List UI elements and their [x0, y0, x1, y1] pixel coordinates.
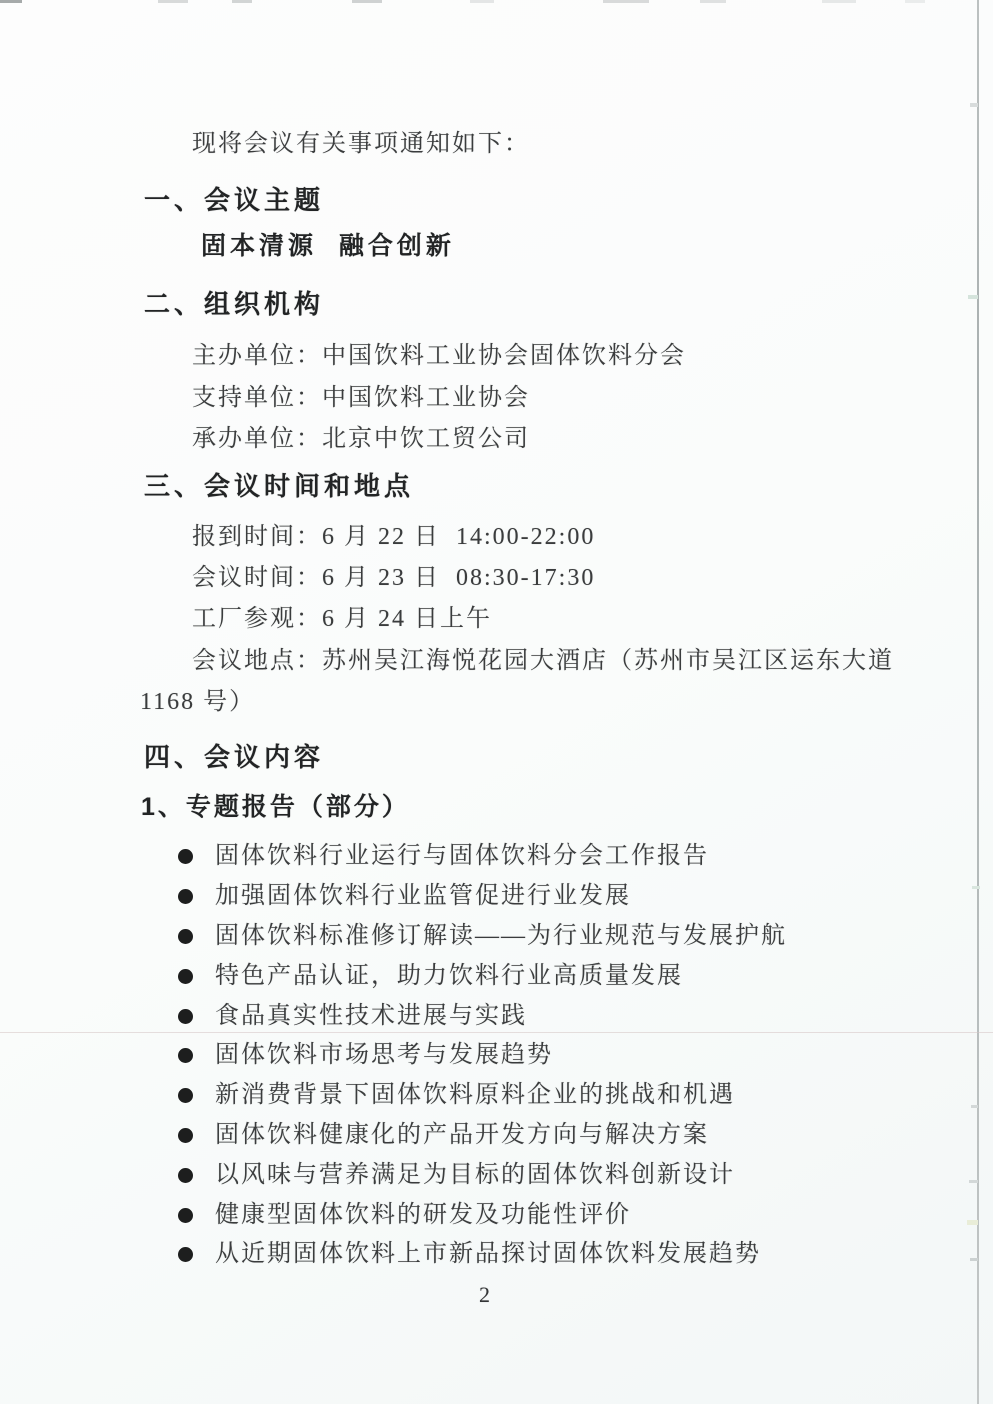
- org-line-support: 支持单位：中国饮料工业协会: [192, 385, 530, 412]
- scan-noise-dash: [158, 0, 188, 3]
- report-item-text: 固体饮料标准修订解读——为行业规范与发展护航: [215, 923, 787, 950]
- scan-speck: [970, 103, 978, 107]
- report-item: 固体饮料市场思考与发展趋势: [178, 1036, 787, 1076]
- scan-noise-dash: [603, 0, 649, 3]
- report-item-text: 以风味与营养满足为目标的固体饮料创新设计: [215, 1162, 735, 1189]
- scan-noise-dash: [700, 0, 726, 3]
- venue-line-2: 1168 号）: [140, 689, 255, 716]
- scan-speck: [971, 1105, 978, 1108]
- bullet-icon: [178, 1208, 193, 1223]
- report-item: 新消费背景下固体饮料原料企业的挑战和机遇: [178, 1076, 787, 1116]
- org-line-host: 主办单位：中国饮料工业协会固体饮料分会: [192, 343, 686, 370]
- scan-noise-dash: [352, 0, 382, 3]
- section-heading-time: 三、会议时间和地点: [144, 472, 414, 501]
- time-line-factory-visit: 工厂参观：6 月 24 日上午: [192, 606, 492, 633]
- venue-line-1: 会议地点：苏州吴江海悦花园大酒店（苏州市吴江区运东大道: [192, 648, 894, 675]
- report-item: 固体饮料健康化的产品开发方向与解决方案: [178, 1116, 787, 1156]
- section-heading-theme: 一、会议主题: [144, 186, 324, 215]
- section-heading-org: 二、组织机构: [144, 290, 324, 319]
- report-item: 从近期固体饮料上市新品探讨固体饮料发展趋势: [178, 1235, 787, 1275]
- scan-speck: [969, 1180, 978, 1183]
- bullet-icon: [178, 1168, 193, 1183]
- theme-line: 固本清源 融合创新: [201, 233, 455, 260]
- report-item: 加强固体饮料行业监管促进行业发展: [178, 877, 787, 917]
- report-item: 特色产品认证，助力饮料行业高质量发展: [178, 956, 787, 996]
- section-heading-content: 四、会议内容: [144, 743, 324, 772]
- scan-speck: [972, 886, 980, 889]
- report-item: 以风味与营养满足为目标的固体饮料创新设计: [178, 1155, 787, 1195]
- time-line-checkin: 报到时间：6 月 22 日 14:00-22:00: [192, 524, 595, 551]
- report-item-text: 从近期固体饮料上市新品探讨固体饮料发展趋势: [215, 1241, 761, 1268]
- scan-noise-dash: [470, 0, 494, 3]
- page-number: 2: [479, 1281, 490, 1308]
- time-line-meeting: 会议时间：6 月 23 日 08:30-17:30: [192, 565, 595, 592]
- report-item-text: 食品真实性技术进展与实践: [215, 1003, 527, 1030]
- report-item: 固体饮料行业运行与固体饮料分会工作报告: [178, 837, 787, 877]
- scan-speck: [967, 1220, 978, 1225]
- report-item-text: 固体饮料市场思考与发展趋势: [215, 1042, 553, 1069]
- scan-noise-dash: [0, 0, 22, 3]
- scan-speck: [968, 295, 978, 299]
- report-item: 食品真实性技术进展与实践: [178, 996, 787, 1036]
- scan-speck: [970, 1258, 978, 1261]
- subheading-reports: 1、专题报告（部分）: [141, 794, 410, 821]
- report-item: 健康型固体饮料的研发及功能性评价: [178, 1195, 787, 1235]
- bullet-icon: [178, 1048, 193, 1063]
- intro-line: 现将会议有关事项通知如下：: [192, 131, 530, 158]
- report-item-text: 健康型固体饮料的研发及功能性评价: [215, 1202, 631, 1229]
- report-item-text: 新消费背景下固体饮料原料企业的挑战和机遇: [215, 1082, 735, 1109]
- bullet-icon: [178, 849, 193, 864]
- report-item-text: 固体饮料健康化的产品开发方向与解决方案: [215, 1122, 709, 1149]
- report-item: 固体饮料标准修订解读——为行业规范与发展护航: [178, 917, 787, 957]
- bullet-icon: [178, 969, 193, 984]
- report-item-text: 固体饮料行业运行与固体饮料分会工作报告: [215, 843, 709, 870]
- bullet-icon: [178, 889, 193, 904]
- scanned-notice-page: 现将会议有关事项通知如下： 一、会议主题 固本清源 融合创新 二、组织机构 主办…: [0, 0, 993, 1404]
- bullet-icon: [178, 1247, 193, 1262]
- report-item-text: 特色产品认证，助力饮料行业高质量发展: [215, 963, 683, 990]
- org-line-undertaker: 承办单位：北京中饮工贸公司: [192, 426, 530, 453]
- bullet-icon: [178, 1128, 193, 1143]
- scan-noise-dash: [822, 0, 856, 3]
- scan-noise-dash: [905, 0, 925, 3]
- report-list: 固体饮料行业运行与固体饮料分会工作报告 加强固体饮料行业监管促进行业发展 固体饮…: [178, 837, 787, 1275]
- scan-edge-line: [977, 0, 979, 1404]
- scan-noise-dash: [232, 0, 252, 3]
- report-item-text: 加强固体饮料行业监管促进行业发展: [215, 883, 631, 910]
- bullet-icon: [178, 929, 193, 944]
- bullet-icon: [178, 1009, 193, 1024]
- bullet-icon: [178, 1088, 193, 1103]
